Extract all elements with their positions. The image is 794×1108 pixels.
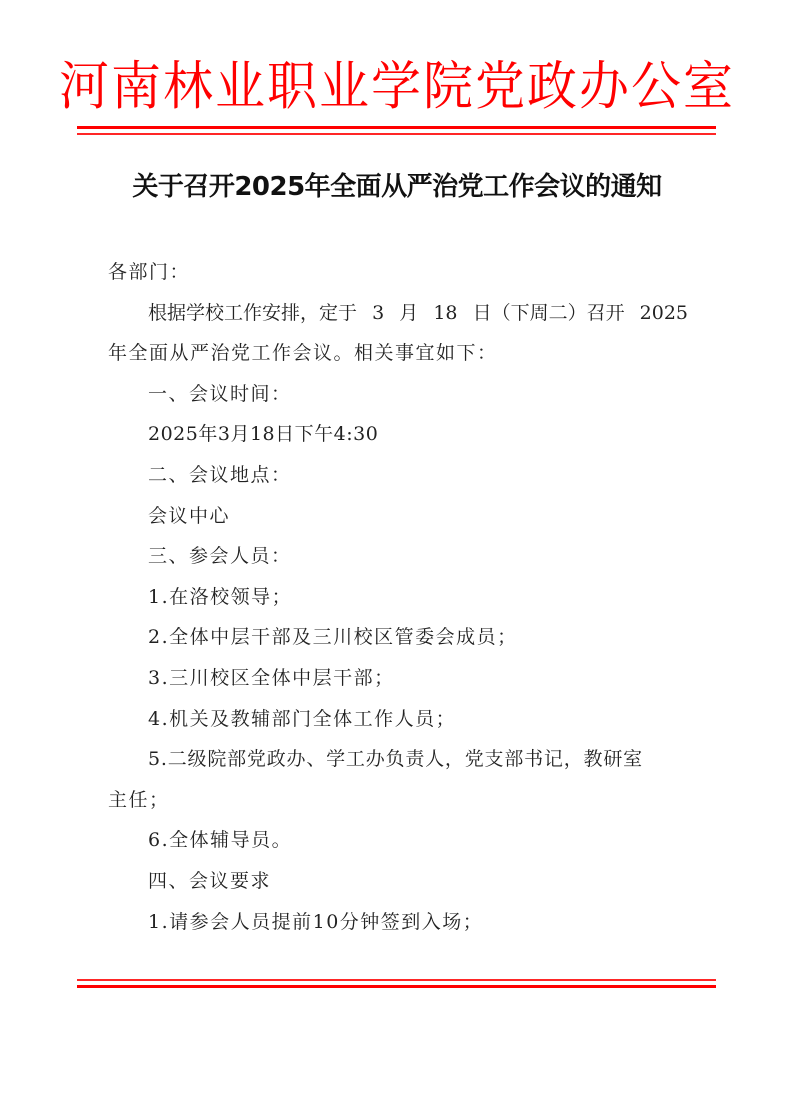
letterhead-org-name: 河南林业职业学院党政办公室 [0,50,794,121]
document-title: 关于召开2025年全面从严治党工作会议的通知 [0,167,794,207]
attendee-item: 1.在洛校领导； [108,577,688,618]
section-location-value: 会议中心 [108,496,688,537]
intro-text-segment: 根据学校工作安排，定于 [148,293,357,334]
requirement-item: 1.请参会人员提前10分钟签到入场； [108,902,688,943]
section-time-value: 2025年3月18日下午4:30 [108,414,688,455]
intro-text-segment: 日（下周二）召开 [473,293,625,334]
footer-rule-thick [77,985,716,988]
intro-text-segment: 2025 [640,293,688,334]
document-page: 河南林业职业学院党政办公室 关于召开2025年全面从严治党工作会议的通知 各部门… [0,0,794,1108]
intro-text-segment: 月 [399,293,418,334]
document-body: 各部门： 根据学校工作安排，定于 3 月 18 日（下周二）召开 2025 年全… [108,252,688,942]
section-attendees-heading: 三、参会人员： [108,536,688,577]
attendee-item: 3.三川校区全体中层干部； [108,658,688,699]
intro-paragraph-line-2: 年全面从严治党工作会议。相关事宜如下： [108,333,688,374]
attendee-item-continued: 主任； [108,780,688,821]
section-location-heading: 二、会议地点： [108,455,688,496]
attendee-item: 5.二级院部党政办、学工办负责人，党支部书记，教研室 [108,739,688,780]
attendee-item: 2.全体中层干部及三川校区管委会成员； [108,617,688,658]
intro-text-segment: 18 [433,293,457,334]
section-time-heading: 一、会议时间： [108,374,688,415]
attendee-item: 6.全体辅导员。 [108,820,688,861]
intro-text-segment: 3 [372,293,384,334]
section-requirements-heading: 四、会议要求 [108,861,688,902]
attendee-item: 4.机关及教辅部门全体工作人员； [108,699,688,740]
footer-rule-thin [77,979,716,981]
letterhead-rule-thin [77,133,716,135]
intro-paragraph-line-1: 根据学校工作安排，定于 3 月 18 日（下周二）召开 2025 [108,293,688,334]
letterhead-rule-thick [77,126,716,129]
salutation: 各部门： [108,252,688,293]
